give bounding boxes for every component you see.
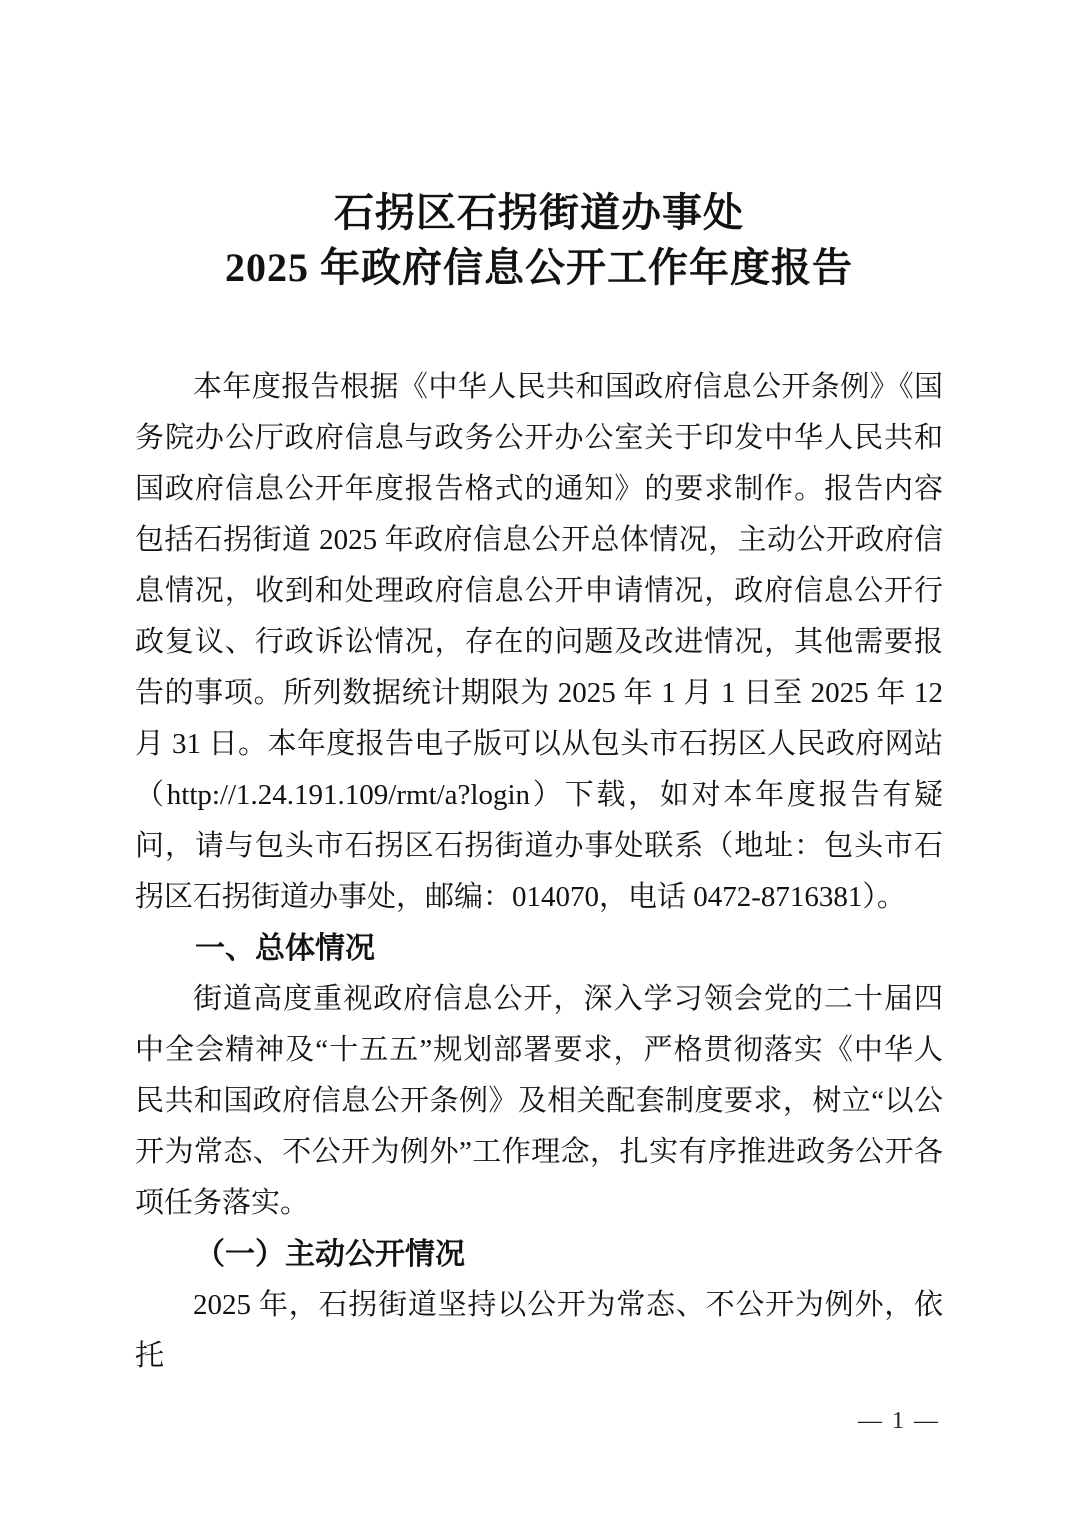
- report-page: 石拐区石拐街道办事处 2025 年政府信息公开工作年度报告 本年度报告根据《中华…: [0, 0, 1074, 1520]
- document-body: 本年度报告根据《中华人民共和国政府信息公开条例》《国务院办公厅政府信息与政务公开…: [135, 362, 943, 1382]
- subsection-1-1-heading: （一）主动公开情况: [135, 1229, 943, 1280]
- subsection-1-1-paragraph: 2025 年，石拐街道坚持以公开为常态、不公开为例外，依托: [135, 1280, 943, 1382]
- document-title: 石拐区石拐街道办事处 2025 年政府信息公开工作年度报告: [135, 185, 943, 295]
- section-1-paragraph: 街道高度重视政府信息公开，深入学习领会党的二十届四中全会精神及“十五五”规划部署…: [135, 974, 943, 1229]
- document-title-line-1: 石拐区石拐街道办事处: [135, 185, 943, 240]
- section-1-heading: 一、总体情况: [135, 923, 943, 974]
- intro-paragraph: 本年度报告根据《中华人民共和国政府信息公开条例》《国务院办公厅政府信息与政务公开…: [135, 362, 943, 923]
- document-title-line-2: 2025 年政府信息公开工作年度报告: [135, 240, 943, 295]
- page-number: — 1 —: [858, 1408, 940, 1435]
